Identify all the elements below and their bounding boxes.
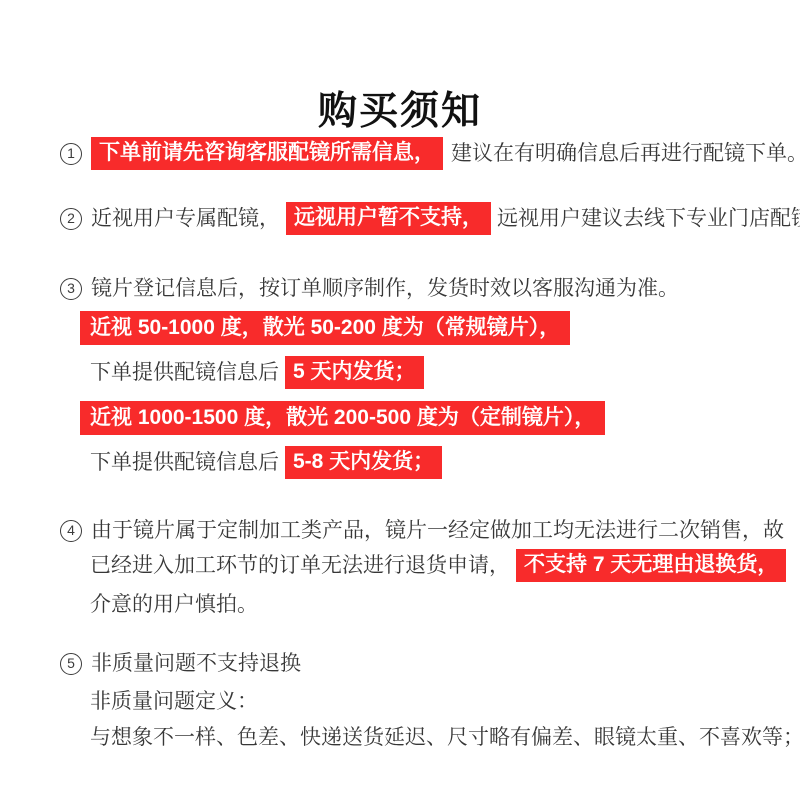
- circled-number-4: 4: [60, 520, 82, 542]
- item-2-text-pre: 近视用户专属配镜，: [91, 202, 280, 235]
- purchase-notice-page: 购买须知 1 下单前请先咨询客服配镜所需信息， 建议在有明确信息后再进行配镜下单…: [0, 0, 800, 800]
- notice-item-5-line-3: 与想象不一样、色差、快递送货延迟、尺寸略有偏差、眼镜太重、不喜欢等；: [90, 721, 800, 754]
- notice-item-4-line-2: 已经进入加工环节的订单无法进行退货申请， 不支持 7 天无理由退换货，: [90, 549, 786, 582]
- notice-item-5: 5 非质量问题不支持退换: [60, 647, 301, 680]
- item-5-line-1: 非质量问题不支持退换: [91, 647, 301, 680]
- highlight-regular-lens-range: 近视 50-1000 度，散光 50-200 度为（常规镜片），: [80, 311, 570, 345]
- highlight-ship-5-8-days: 5-8 天内发货；: [285, 446, 442, 479]
- circled-number-1: 1: [60, 143, 82, 165]
- highlight-ship-5-days: 5 天内发货；: [285, 356, 424, 389]
- notice-item-4-line-3: 介意的用户慎拍。: [90, 588, 258, 621]
- shipping-time-custom: 下单提供配镜信息后 5-8 天内发货；: [90, 446, 442, 479]
- item-5-line-3-text: 与想象不一样、色差、快递送货延迟、尺寸略有偏差、眼镜太重、不喜欢等；: [90, 721, 800, 754]
- item-4-line-3-text: 介意的用户慎拍。: [90, 588, 258, 621]
- item-5-line-2-text: 非质量问题定义：: [90, 685, 258, 718]
- page-title: 购买须知: [0, 80, 800, 136]
- highlight-custom-lens-range: 近视 1000-1500 度，散光 200-500 度为（定制镜片），: [80, 401, 605, 435]
- item-1-text: 建议在有明确信息后再进行配镜下单。: [451, 137, 800, 170]
- item-4-line-2-pre: 已经进入加工环节的订单无法进行退货申请，: [90, 549, 510, 582]
- item-4-line-1: 由于镜片属于定制加工类产品，镜片一经定做加工均无法进行二次销售，故: [91, 514, 784, 547]
- lens-spec-regular: 近视 50-1000 度，散光 50-200 度为（常规镜片），: [80, 311, 570, 345]
- item-2-text-rest: 远视用户建议去线下专业门店配镜。: [497, 202, 800, 235]
- notice-item-5-line-2: 非质量问题定义：: [90, 685, 258, 718]
- lens-spec-custom: 近视 1000-1500 度，散光 200-500 度为（定制镜片），: [80, 401, 605, 435]
- item-3-text: 镜片登记信息后，按订单顺序制作，发货时效以客服沟通为准。: [91, 272, 679, 305]
- circled-number-2: 2: [60, 208, 82, 230]
- notice-item-1: 1 下单前请先咨询客服配镜所需信息， 建议在有明确信息后再进行配镜下单。: [60, 137, 800, 170]
- notice-item-4: 4 由于镜片属于定制加工类产品，镜片一经定做加工均无法进行二次销售，故: [60, 514, 784, 547]
- circled-number-5: 5: [60, 653, 82, 675]
- circled-number-3: 3: [60, 278, 82, 300]
- highlight-hyperopia-unsupported: 远视用户暂不支持，: [286, 202, 491, 235]
- highlight-no-7-day-return: 不支持 7 天无理由退换货，: [516, 549, 786, 582]
- shipping-time-regular: 下单提供配镜信息后 5 天内发货；: [90, 356, 424, 389]
- notice-item-3: 3 镜片登记信息后，按订单顺序制作，发货时效以客服沟通为准。: [60, 272, 679, 305]
- shipping-regular-pre: 下单提供配镜信息后: [90, 356, 279, 389]
- highlight-consult-service: 下单前请先咨询客服配镜所需信息，: [91, 137, 443, 170]
- notice-item-2: 2 近视用户专属配镜， 远视用户暂不支持， 远视用户建议去线下专业门店配镜。: [60, 202, 800, 235]
- shipping-custom-pre: 下单提供配镜信息后: [90, 446, 279, 479]
